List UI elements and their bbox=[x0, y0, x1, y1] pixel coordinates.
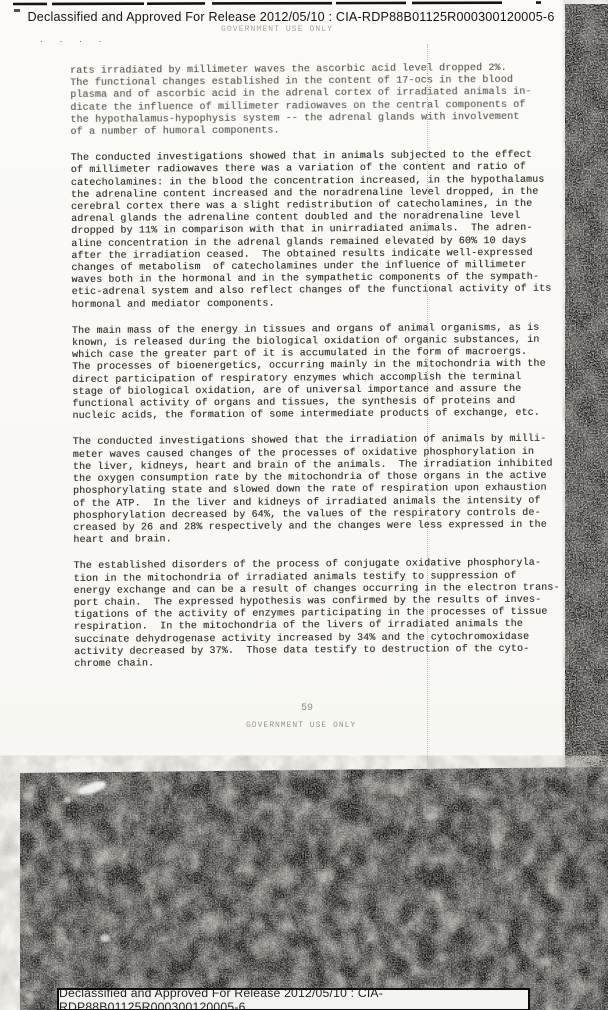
page-number: 59 bbox=[0, 703, 608, 714]
declassification-banner-bottom-text: Declassified and Approved For Release 20… bbox=[59, 986, 528, 1010]
declassification-banner-top: Declassified and Approved For Release 20… bbox=[0, 10, 595, 24]
scan-bottom-black bbox=[20, 767, 608, 1010]
scanned-document-page: Declassified and Approved For Release 20… bbox=[0, 0, 608, 1010]
paragraph: rats irradiated by millimeter waves the … bbox=[70, 62, 575, 139]
classification-marking-bottom: GOVERNMENT USE ONLY bbox=[246, 721, 356, 730]
paragraph: The main mass of the energy in tissues a… bbox=[72, 322, 578, 423]
scan-top-smear bbox=[13, 3, 568, 5]
document-body: rats irradiated by millimeter waves the … bbox=[70, 62, 579, 685]
paragraph: The conducted investigations showed that… bbox=[71, 150, 577, 312]
declassification-banner-bottom: Declassified and Approved For Release 20… bbox=[57, 988, 530, 1010]
paragraph: The conducted investigations showed that… bbox=[73, 434, 579, 547]
paragraph: The established disorders of the process… bbox=[73, 558, 579, 671]
classification-marking-top: GOVERNMENT USE ONLY bbox=[221, 25, 333, 34]
stray-marks: · · · · bbox=[40, 36, 110, 46]
